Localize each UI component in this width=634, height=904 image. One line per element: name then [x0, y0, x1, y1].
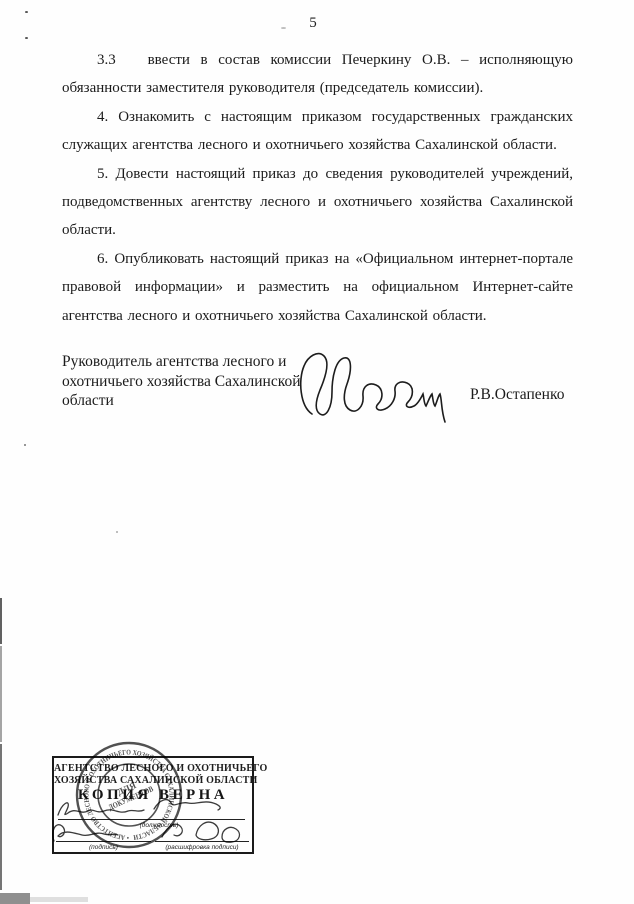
body-line: области.	[62, 216, 573, 244]
scan-edge-artifact	[0, 744, 2, 890]
body-line: 3.3 ввести в состав комиссии Печеркину О…	[62, 46, 573, 74]
scan-speckle	[281, 27, 286, 29]
signer-title: Руководитель агентства лесного и охотнич…	[62, 352, 322, 411]
body-line: подведомственных агентству лесного и охо…	[62, 188, 573, 216]
scan-speckle	[24, 444, 26, 446]
body-line: агентства лесного и охотничьего хозяйств…	[62, 302, 573, 330]
scan-edge-artifact	[0, 598, 2, 644]
signer-name: Р.В.Остапенко	[470, 386, 564, 404]
signer-title-line: Руководитель агентства лесного и	[62, 352, 322, 372]
signature-block: Руководитель агентства лесного и охотнич…	[62, 352, 582, 411]
scan-speckle	[116, 531, 118, 533]
body-line: 5. Довести настоящий приказ до сведения …	[62, 160, 573, 188]
scan-corner-artifact	[0, 893, 30, 904]
document-page: 5 3.3 ввести в состав комиссии Печеркину…	[0, 0, 634, 904]
round-seal-icon: • АГЕНТСТВО ЛЕСНОГО И ОХОТНИЧЬЕГО ХОЗЯЙС…	[74, 740, 184, 850]
document-body: 3.3 ввести в состав комиссии Печеркину О…	[62, 46, 573, 330]
scan-edge-artifact	[0, 646, 2, 742]
scan-corner-smudge	[30, 897, 88, 902]
page-number: 5	[288, 15, 338, 32]
signer-title-line: охотничьего хозяйства Сахалинской	[62, 372, 322, 392]
signer-title-line: области	[62, 391, 322, 411]
scan-speckle	[25, 11, 28, 13]
body-line: 6. Опубликовать настоящий приказ на «Офи…	[62, 245, 573, 273]
scan-speckle	[25, 37, 28, 39]
body-line: 4. Ознакомить с настоящим приказом госуд…	[62, 103, 573, 131]
body-line: правовой информации» и разместить на офи…	[62, 273, 573, 301]
director-signature-icon	[290, 346, 455, 430]
body-line: обязанности заместителя руководителя (пр…	[62, 74, 573, 102]
body-line: служащих агентства лесного и охотничьего…	[62, 131, 573, 159]
